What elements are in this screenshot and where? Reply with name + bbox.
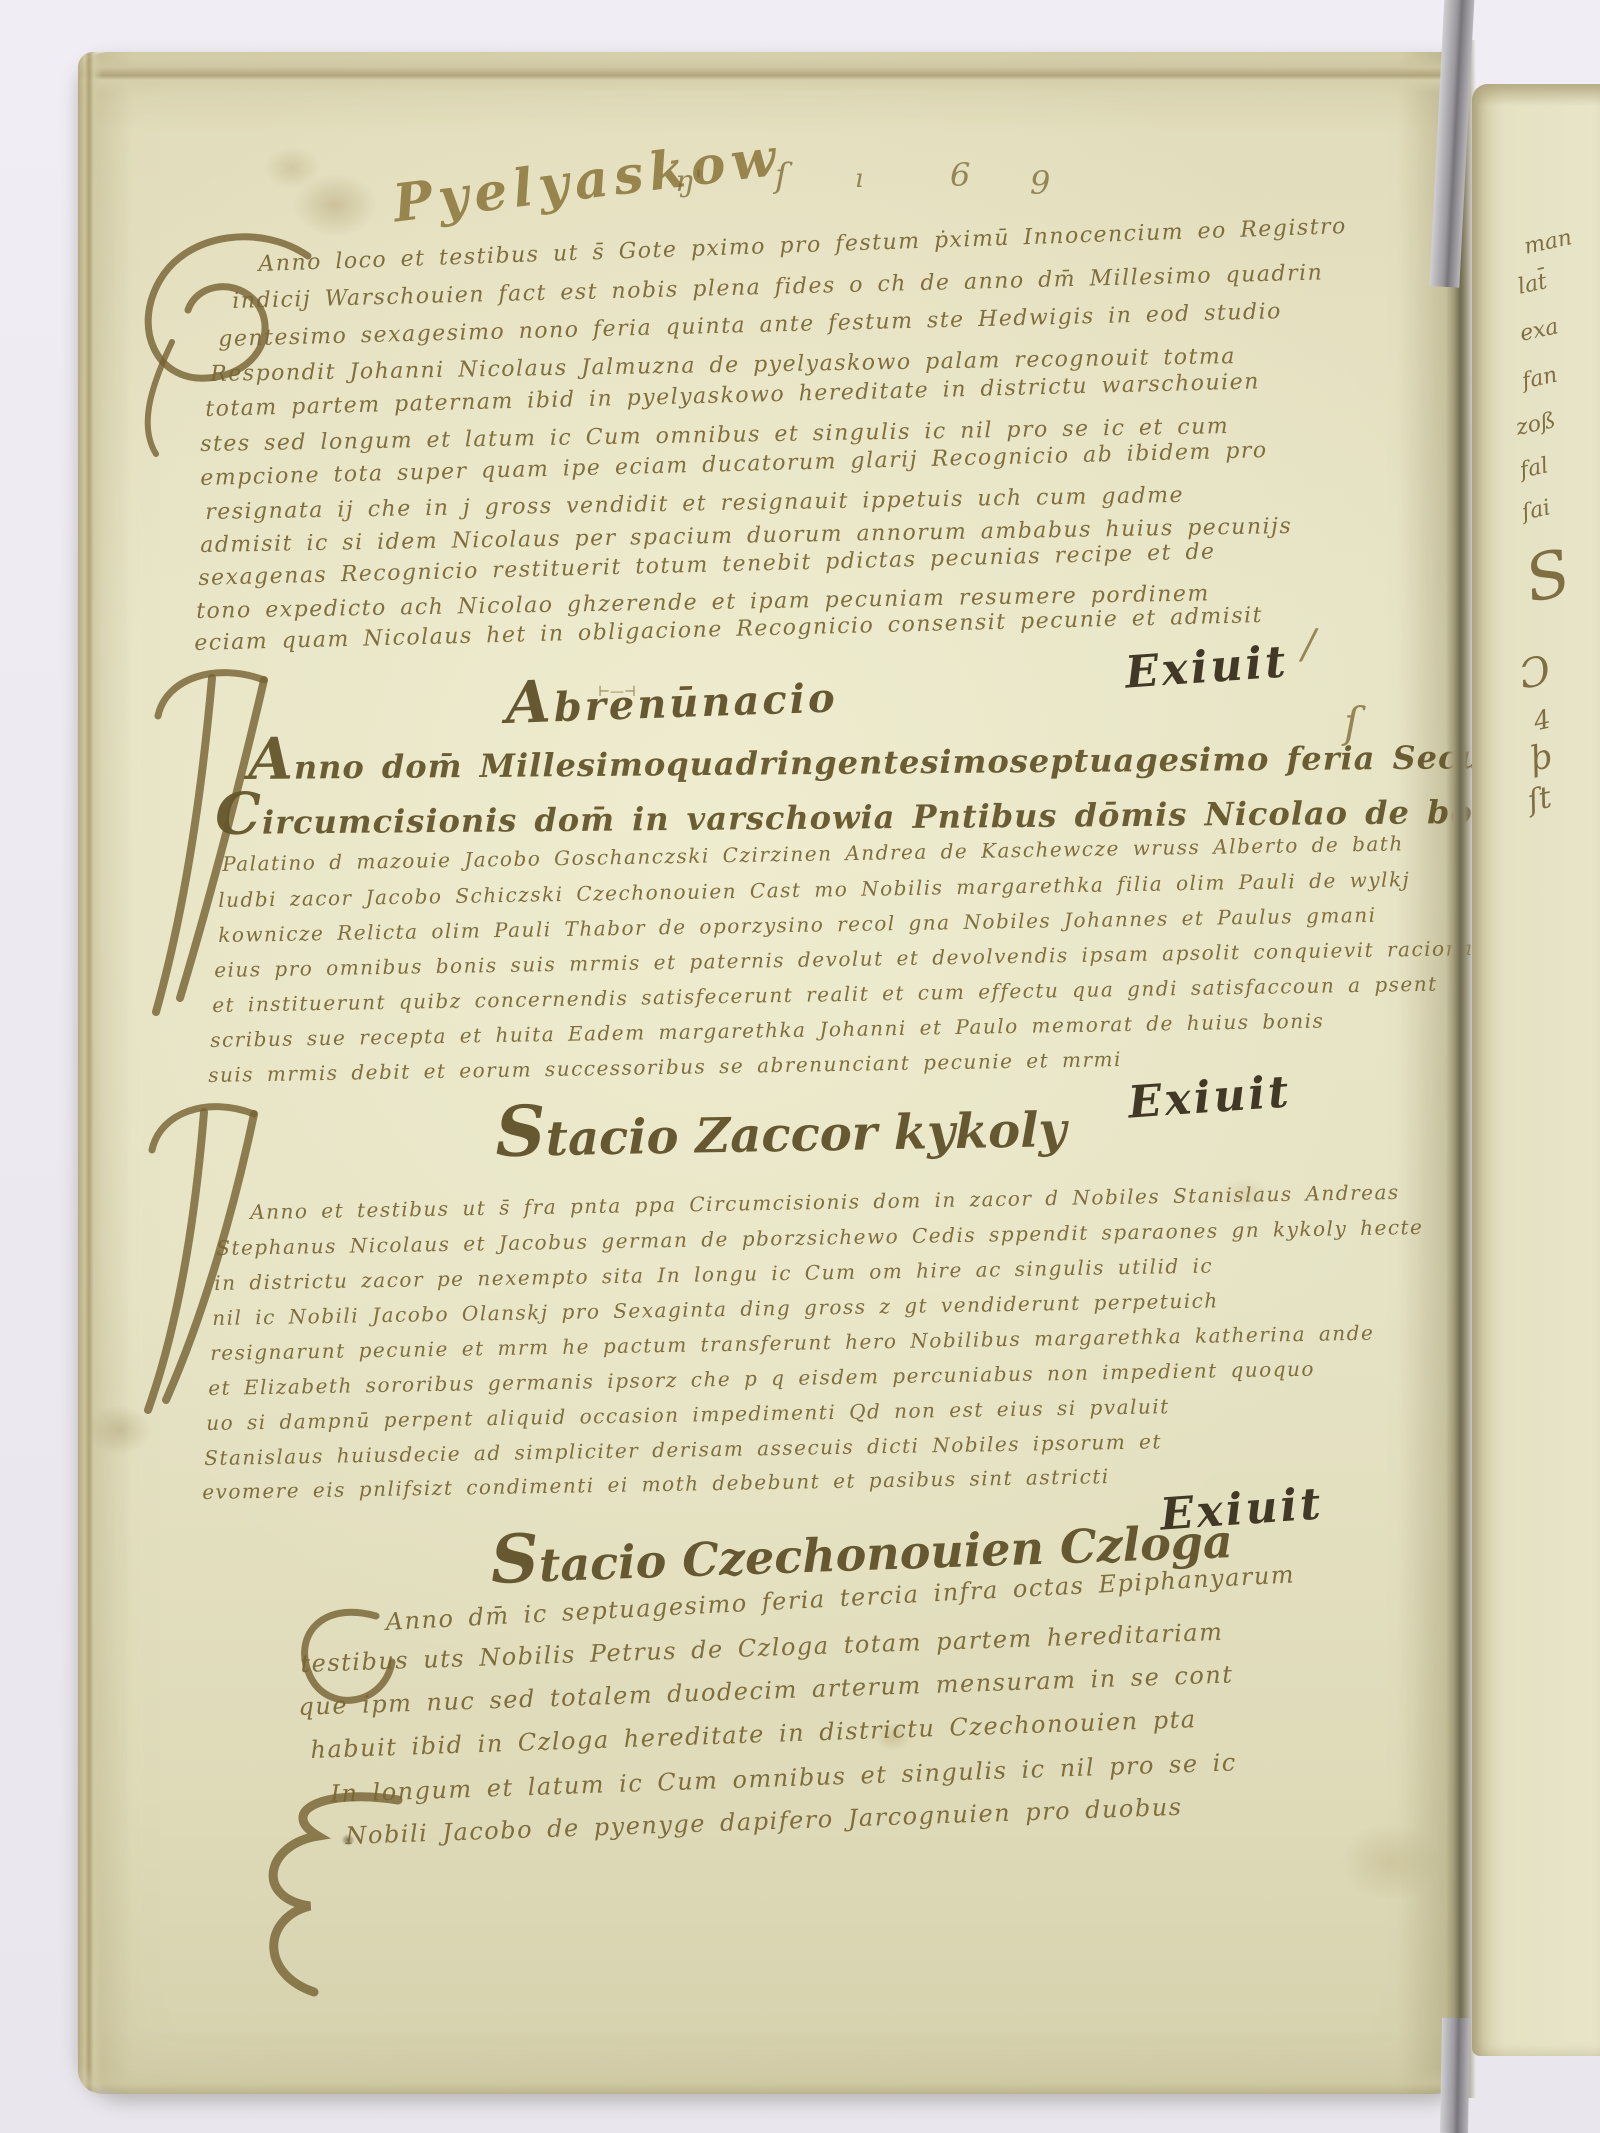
exivit-mark: Exiuit bbox=[1123, 636, 1290, 698]
exivit-mark: Exiuit bbox=[1126, 1066, 1293, 1128]
manuscript-line: nil ic Nobili Jacobo Olanskj pro Sexagin… bbox=[212, 1288, 1219, 1330]
facing-text-fragment: ſt bbox=[1525, 780, 1555, 819]
facing-text-fragment: exa bbox=[1518, 314, 1561, 346]
facing-text-fragment: ſai bbox=[1520, 495, 1553, 525]
section-heading: Abrenūnacio bbox=[505, 674, 838, 733]
book-clamp-rod bbox=[1440, 2018, 1470, 2133]
folio-mark: 6 bbox=[950, 156, 970, 194]
folio-mark: 9 bbox=[1030, 164, 1050, 202]
manuscript-line: Stanislaus huiusdecie ad simpliciter der… bbox=[204, 1429, 1162, 1470]
manuscript-line: Stephanus Nicolaus et Jacobus german de … bbox=[216, 1215, 1424, 1260]
facing-page-edge: manlat̄exafanzoßfalſaiSƆ4þſt bbox=[1472, 84, 1600, 2056]
margin-mark: / bbox=[1302, 622, 1315, 668]
entry-header-title: Pyelyaskow bbox=[390, 126, 785, 234]
manuscript-line: evomere eis pnlifsizt condimenti ei moth… bbox=[202, 1464, 1110, 1504]
page-bottom-edge bbox=[78, 2068, 1455, 2094]
manuscript-page: Pyelyaskow ŋ'ſı69 Anno loco et testibus … bbox=[78, 52, 1455, 2094]
folio-mark: ſ bbox=[775, 156, 788, 196]
photo-backdrop: Pyelyaskow ŋ'ſı69 Anno loco et testibus … bbox=[0, 0, 1600, 2133]
facing-text-fragment: fan bbox=[1520, 363, 1560, 395]
facing-text-fragment: 4 bbox=[1531, 705, 1553, 738]
margin-mark: ſ bbox=[1344, 698, 1360, 747]
facing-text-fragment: man bbox=[1522, 225, 1574, 259]
folio-mark: ı bbox=[855, 164, 863, 194]
facing-page-text: manlat̄exafanzoßfalſaiSƆ4þſt bbox=[1472, 84, 1600, 2056]
folio-mark: ŋ' bbox=[675, 164, 703, 199]
manuscript-line: uo si dampnū perpent aliquid occasion im… bbox=[206, 1394, 1170, 1435]
facing-text-fragment: lat̄ bbox=[1516, 269, 1550, 299]
margin-mark: ⊢—⊣ bbox=[598, 684, 636, 700]
facing-text-fragment: fal bbox=[1518, 453, 1551, 483]
section-heading: Stacio Zaccor kykoly bbox=[495, 1102, 1067, 1168]
facing-text-fragment: zoß bbox=[1514, 408, 1558, 441]
page-top-edge bbox=[78, 57, 1455, 93]
manuscript-line: suis mrmis debit et eorum successoribus … bbox=[208, 1047, 1122, 1087]
manuscript-line: scribus sue recepta et huita Eadem marga… bbox=[210, 1009, 1324, 1052]
facing-text-fragment: þ bbox=[1526, 736, 1556, 780]
page-deckle-edge bbox=[78, 52, 102, 2094]
manuscript-line: et Elizabeth sororibus germanis ipsorz c… bbox=[208, 1357, 1315, 1400]
facing-text-fragment: S bbox=[1519, 536, 1577, 617]
pen-flourish bbox=[226, 1778, 426, 2018]
facing-text-fragment: Ɔ bbox=[1516, 647, 1556, 698]
manuscript-line: in districtu zacor pe nexempto sita In l… bbox=[214, 1254, 1213, 1295]
